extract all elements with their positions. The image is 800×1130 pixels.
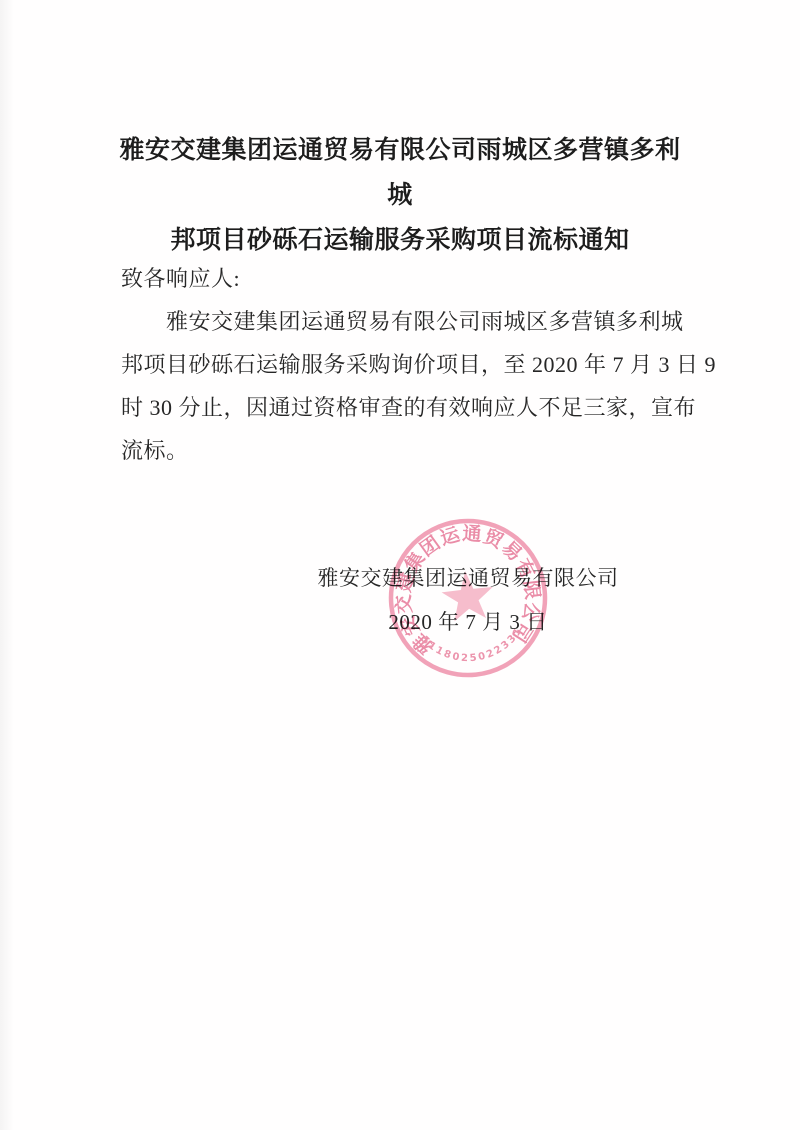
scanned-document-page: 雅安交建集团运通贸易有限公司雨城区多营镇多利城 邦项目砂砾石运输服务采购项目流标…	[0, 0, 800, 1130]
paragraph-line-3: 时 30 分止，因通过资格审查的有效响应人不足三家，宣布	[121, 386, 701, 429]
title-line-1: 雅安交建集团运通贸易有限公司雨城区多营镇多利城	[110, 128, 690, 218]
company-seal-stamp: 雅安交建集团运通贸易有限公司 5118025022331	[386, 516, 550, 680]
salutation: 致各响应人:	[121, 257, 701, 300]
document-body: 致各响应人: 雅安交建集团运通贸易有限公司雨城区多营镇多利城 邦项目砂砾石运输服…	[121, 257, 701, 472]
seal-star-icon	[440, 568, 496, 622]
paragraph-line-4: 流标。	[121, 429, 701, 472]
paragraph-line-1: 雅安交建集团运通贸易有限公司雨城区多营镇多利城	[121, 300, 701, 343]
document-title: 雅安交建集团运通贸易有限公司雨城区多营镇多利城 邦项目砂砾石运输服务采购项目流标…	[110, 128, 690, 263]
paragraph-line-2: 邦项目砂砾石运输服务采购询价项目，至 2020 年 7 月 3 日 9	[121, 343, 701, 386]
